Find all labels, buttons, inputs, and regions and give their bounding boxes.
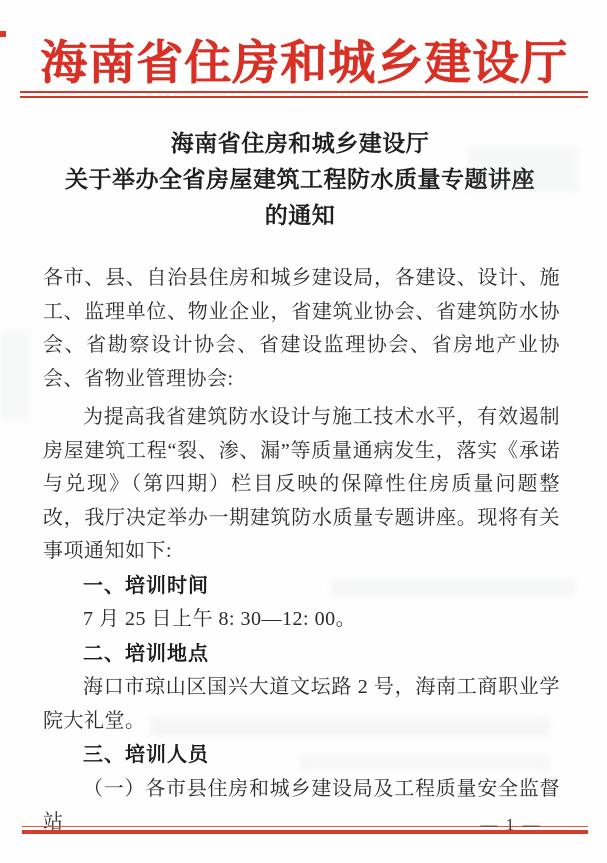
page-number: — 1 —: [468, 815, 554, 835]
document-body: 各市、县、自治县住房和城乡建设局，各建设、设计、施工、监理单位、物业企业，省建筑…: [43, 262, 560, 840]
document-title-line1: 海南省住房和城乡建设厅: [35, 126, 565, 162]
section-heading-training-time: 一、培训时间: [43, 570, 560, 604]
letterhead-agency-name: 海南省住房和城乡建设厅: [30, 26, 578, 93]
document-title-line3: 的通知: [35, 198, 565, 234]
document-title: 海南省住房和城乡建设厅 关于举办全省房屋建筑工程防水质量专题讲座 的通知: [35, 126, 565, 234]
document-title-line2: 关于举办全省房屋建筑工程防水质量专题讲座: [35, 162, 565, 198]
section-heading-training-location: 二、培训地点: [43, 638, 560, 672]
section-content-training-location: 海口市琼山区国兴大道文坛路 2 号，海南工商职业学院大礼堂。: [43, 671, 560, 738]
document-page: 海南省住房和城乡建设厅 海南省住房和城乡建设厅 关于举办全省房屋建筑工程防水质量…: [0, 0, 607, 863]
section-content-training-time: 7 月 25 日上午 8: 30—12: 00。: [43, 603, 560, 637]
letterhead-double-rule: [20, 91, 588, 98]
intro-paragraph: 为提高我省建筑防水设计与施工技术水平，有效遏制房屋建筑工程“裂、渗、漏”等质量通…: [43, 401, 560, 569]
scan-artifact: [0, 330, 30, 420]
scan-mark: [0, 31, 6, 37]
recipients-paragraph: 各市、县、自治县住房和城乡建设局，各建设、设计、施工、监理单位、物业企业，省建筑…: [43, 262, 560, 396]
section-heading-training-personnel: 三、培训人员: [43, 739, 560, 773]
